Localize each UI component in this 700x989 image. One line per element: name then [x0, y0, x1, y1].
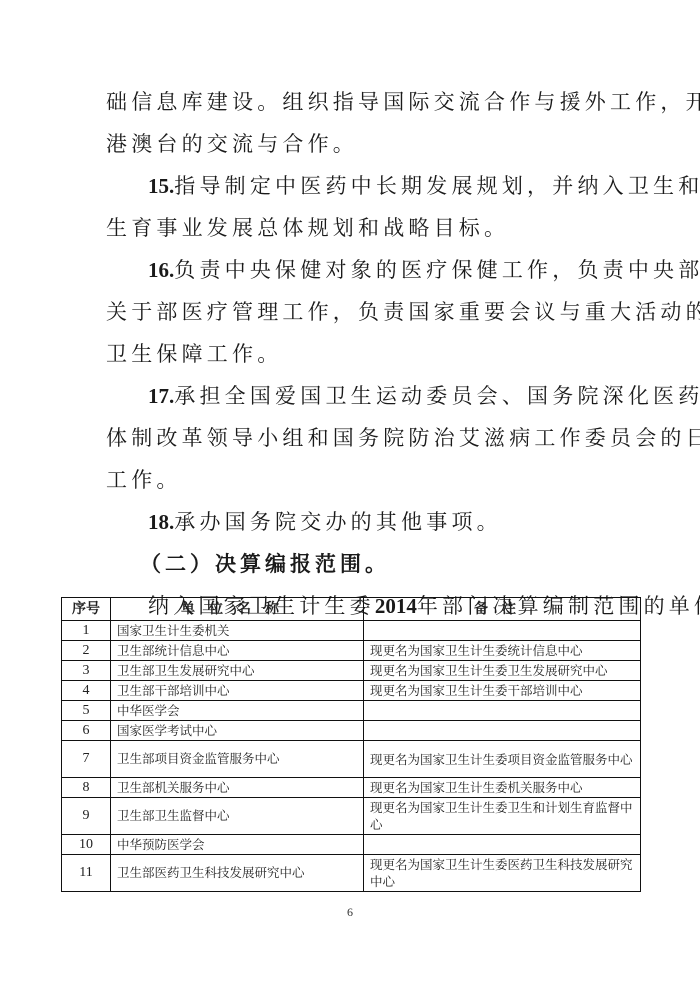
row-unit-name: 卫生部卫生监督中心 — [111, 798, 364, 835]
row-unit-name: 卫生部医药卫生科技发展研究中心 — [111, 855, 364, 892]
document-page: 础信息库建设。组织指导国际交流合作与援外工作，开展与 港澳台的交流与合作。 15… — [0, 0, 700, 989]
table-row: 6 国家医学考试中心 — [62, 721, 641, 741]
row-index: 9 — [62, 798, 111, 835]
row-index: 6 — [62, 721, 111, 741]
row-unit-name: 卫生部统计信息中心 — [111, 641, 364, 661]
table-row: 7 卫生部项目资金监管服务中心 现更名为国家卫生计生委项目资金监管服务中心 — [62, 741, 641, 778]
row-unit-name: 卫生部项目资金监管服务中心 — [111, 741, 364, 778]
row-note: 现更名为国家卫生计生委统计信息中心 — [364, 641, 641, 661]
table-row: 4 卫生部干部培训中心 现更名为国家卫生计生委干部培训中心 — [62, 681, 641, 701]
row-note — [364, 701, 641, 721]
paragraph-17-line-2: 体制改革领导小组和国务院防治艾滋病工作委员会的日常 — [106, 424, 700, 452]
paragraph-16-line-3: 卫生保障工作。 — [106, 340, 282, 368]
row-unit-name: 卫生部卫生发展研究中心 — [111, 661, 364, 681]
row-index: 5 — [62, 701, 111, 721]
row-index: 7 — [62, 741, 111, 778]
header-note: 备注 — [364, 598, 641, 621]
paragraph-18-text: 承办国务院交办的其他事项。 — [174, 510, 502, 534]
row-note: 现更名为国家卫生计生委卫生和计划生育监督中心 — [364, 798, 641, 835]
section-heading: （二）决算编报范围。 — [140, 550, 390, 578]
header-unit-name: 单位名称 — [111, 598, 364, 621]
item-number-18: 18. — [148, 510, 174, 534]
paragraph-16-line-2: 关于部医疗管理工作，负责国家重要会议与重大活动的医疗 — [106, 298, 700, 326]
paragraph-17-line-1: 17.承担全国爱国卫生运动委员会、国务院深化医药卫生 — [148, 382, 700, 410]
paragraph-15-text: 指导制定中医药中长期发展规划，并纳入卫生和计划 — [174, 174, 700, 198]
row-note: 现更名为国家卫生计生委卫生发展研究中心 — [364, 661, 641, 681]
page-number: 6 — [0, 905, 700, 920]
row-note: 现更名为国家卫生计生委干部培训中心 — [364, 681, 641, 701]
paragraph-15-line-2: 生育事业发展总体规划和战略目标。 — [106, 214, 509, 242]
row-note: 现更名为国家卫生计生委医药卫生科技发展研究中心 — [364, 855, 641, 892]
table-row: 1 国家卫生计生委机关 — [62, 621, 641, 641]
row-note: 现更名为国家卫生计生委机关服务中心 — [364, 778, 641, 798]
row-unit-name: 卫生部机关服务中心 — [111, 778, 364, 798]
table-row: 8 卫生部机关服务中心 现更名为国家卫生计生委机关服务中心 — [62, 778, 641, 798]
table-header-row: 序号 单位名称 备注 — [62, 598, 641, 621]
row-unit-name: 国家卫生计生委机关 — [111, 621, 364, 641]
paragraph-14-line-1: 础信息库建设。组织指导国际交流合作与援外工作，开展与 — [106, 88, 700, 116]
row-index: 1 — [62, 621, 111, 641]
paragraph-17-text: 承担全国爱国卫生运动委员会、国务院深化医药卫生 — [174, 384, 700, 408]
row-index: 2 — [62, 641, 111, 661]
table-row: 5 中华医学会 — [62, 701, 641, 721]
table-row: 11 卫生部医药卫生科技发展研究中心 现更名为国家卫生计生委医药卫生科技发展研究… — [62, 855, 641, 892]
row-index: 4 — [62, 681, 111, 701]
table-row: 3 卫生部卫生发展研究中心 现更名为国家卫生计生委卫生发展研究中心 — [62, 661, 641, 681]
row-note: 现更名为国家卫生计生委项目资金监管服务中心 — [364, 741, 641, 778]
paragraph-16-text: 负责中央保健对象的医疗保健工作，负责中央部门有 — [174, 258, 700, 282]
row-note — [364, 621, 641, 641]
row-unit-name: 国家医学考试中心 — [111, 721, 364, 741]
table-row: 9 卫生部卫生监督中心 现更名为国家卫生计生委卫生和计划生育监督中心 — [62, 798, 641, 835]
item-number-17: 17. — [148, 384, 174, 408]
row-index: 11 — [62, 855, 111, 892]
item-number-16: 16. — [148, 258, 174, 282]
table-row: 10 中华预防医学会 — [62, 835, 641, 855]
row-index: 8 — [62, 778, 111, 798]
paragraph-14-line-2: 港澳台的交流与合作。 — [106, 130, 358, 158]
paragraph-17-line-3: 工作。 — [106, 466, 182, 494]
row-unit-name: 卫生部干部培训中心 — [111, 681, 364, 701]
row-unit-name: 中华预防医学会 — [111, 835, 364, 855]
row-unit-name: 中华医学会 — [111, 701, 364, 721]
item-number-15: 15. — [148, 174, 174, 198]
unit-table: 序号 单位名称 备注 1 国家卫生计生委机关 2 卫生部统计信息中心 现更名为国… — [61, 597, 641, 892]
row-note — [364, 721, 641, 741]
paragraph-18-line-1: 18.承办国务院交办的其他事项。 — [148, 508, 502, 536]
table-row: 2 卫生部统计信息中心 现更名为国家卫生计生委统计信息中心 — [62, 641, 641, 661]
row-note — [364, 835, 641, 855]
paragraph-15-line-1: 15.指导制定中医药中长期发展规划，并纳入卫生和计划 — [148, 172, 700, 200]
header-index: 序号 — [62, 598, 111, 621]
paragraph-16-line-1: 16.负责中央保健对象的医疗保健工作，负责中央部门有 — [148, 256, 700, 284]
row-index: 3 — [62, 661, 111, 681]
row-index: 10 — [62, 835, 111, 855]
